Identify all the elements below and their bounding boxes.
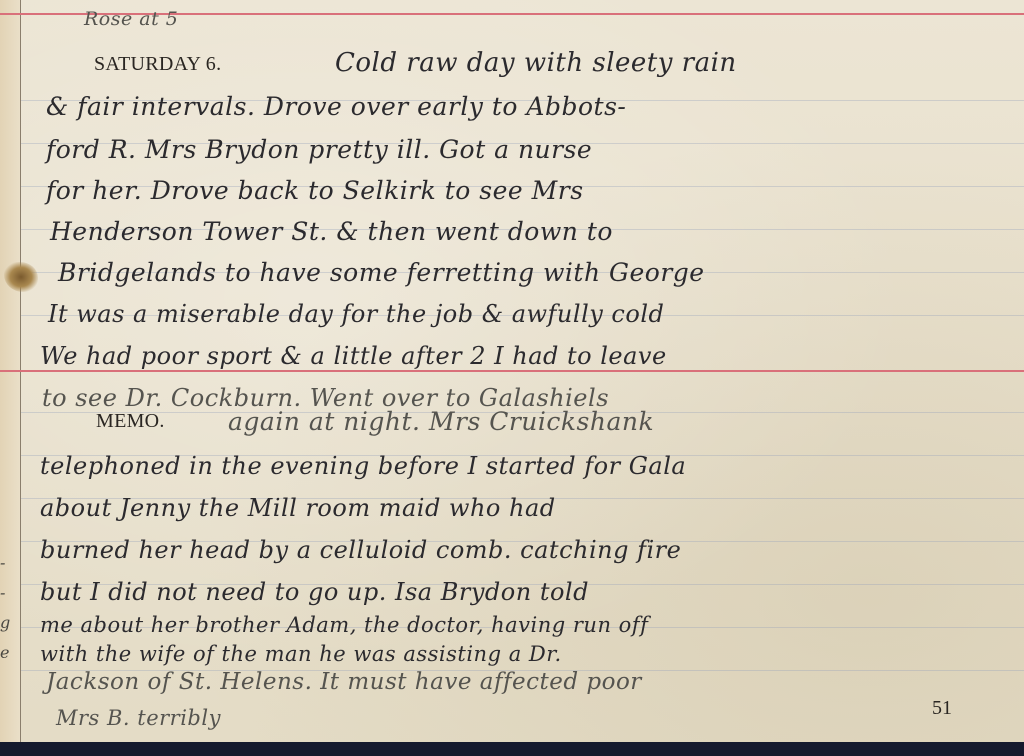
entry-line-16: with the wife of the man he was assistin… [40, 642, 562, 666]
entry-line-13: burned her head by a celluloid comb. cat… [40, 536, 681, 564]
facing-page-bleed: - - g e [0, 548, 18, 668]
entry-line-6: Bridgelands to have some ferretting with… [58, 258, 705, 287]
entry-line-14: but I did not need to go up. Isa Brydon … [40, 578, 589, 606]
entry-line-11: telephoned in the evening before I start… [40, 452, 686, 480]
day-heading: SATURDAY 6. [94, 53, 221, 76]
margin-mark: - [0, 548, 18, 578]
header-note: Rose at 5 [84, 8, 178, 30]
entry-line-18: Mrs B. terribly [56, 706, 221, 730]
memo-heading: MEMO. [96, 410, 165, 433]
margin-mark: - [0, 578, 18, 608]
entry-line-8: We had poor sport & a little after 2 I h… [40, 342, 667, 370]
margin-mark: g [0, 608, 18, 638]
entry-line-1: Cold raw day with sleety rain [335, 48, 737, 78]
entry-line-12: about Jenny the Mill room maid who had [40, 494, 556, 522]
entry-line-2: & fair intervals. Drove over early to Ab… [46, 92, 626, 121]
entry-line-3: ford R. Mrs Brydon pretty ill. Got a nur… [46, 135, 592, 164]
entry-line-17: Jackson of St. Helens. It must have affe… [46, 669, 642, 695]
entry-line-5: Henderson Tower St. & then went down to [50, 217, 613, 246]
entry-line-4: for her. Drove back to Selkirk to see Mr… [46, 176, 584, 205]
entry-line-15: me about her brother Adam, the doctor, h… [40, 613, 648, 637]
entry-line-10: again at night. Mrs Cruickshank [228, 407, 654, 436]
diary-page: - - g e Rose at 5 SATURDAY 6. Cold raw d… [0, 0, 1024, 742]
scan-background-edge [0, 742, 1024, 756]
entry-line-7: It was a miserable day for the job & awf… [48, 300, 664, 328]
margin-mark: e [0, 638, 18, 668]
memo-red-rule [0, 370, 1024, 372]
page-number: 51 [932, 697, 952, 720]
